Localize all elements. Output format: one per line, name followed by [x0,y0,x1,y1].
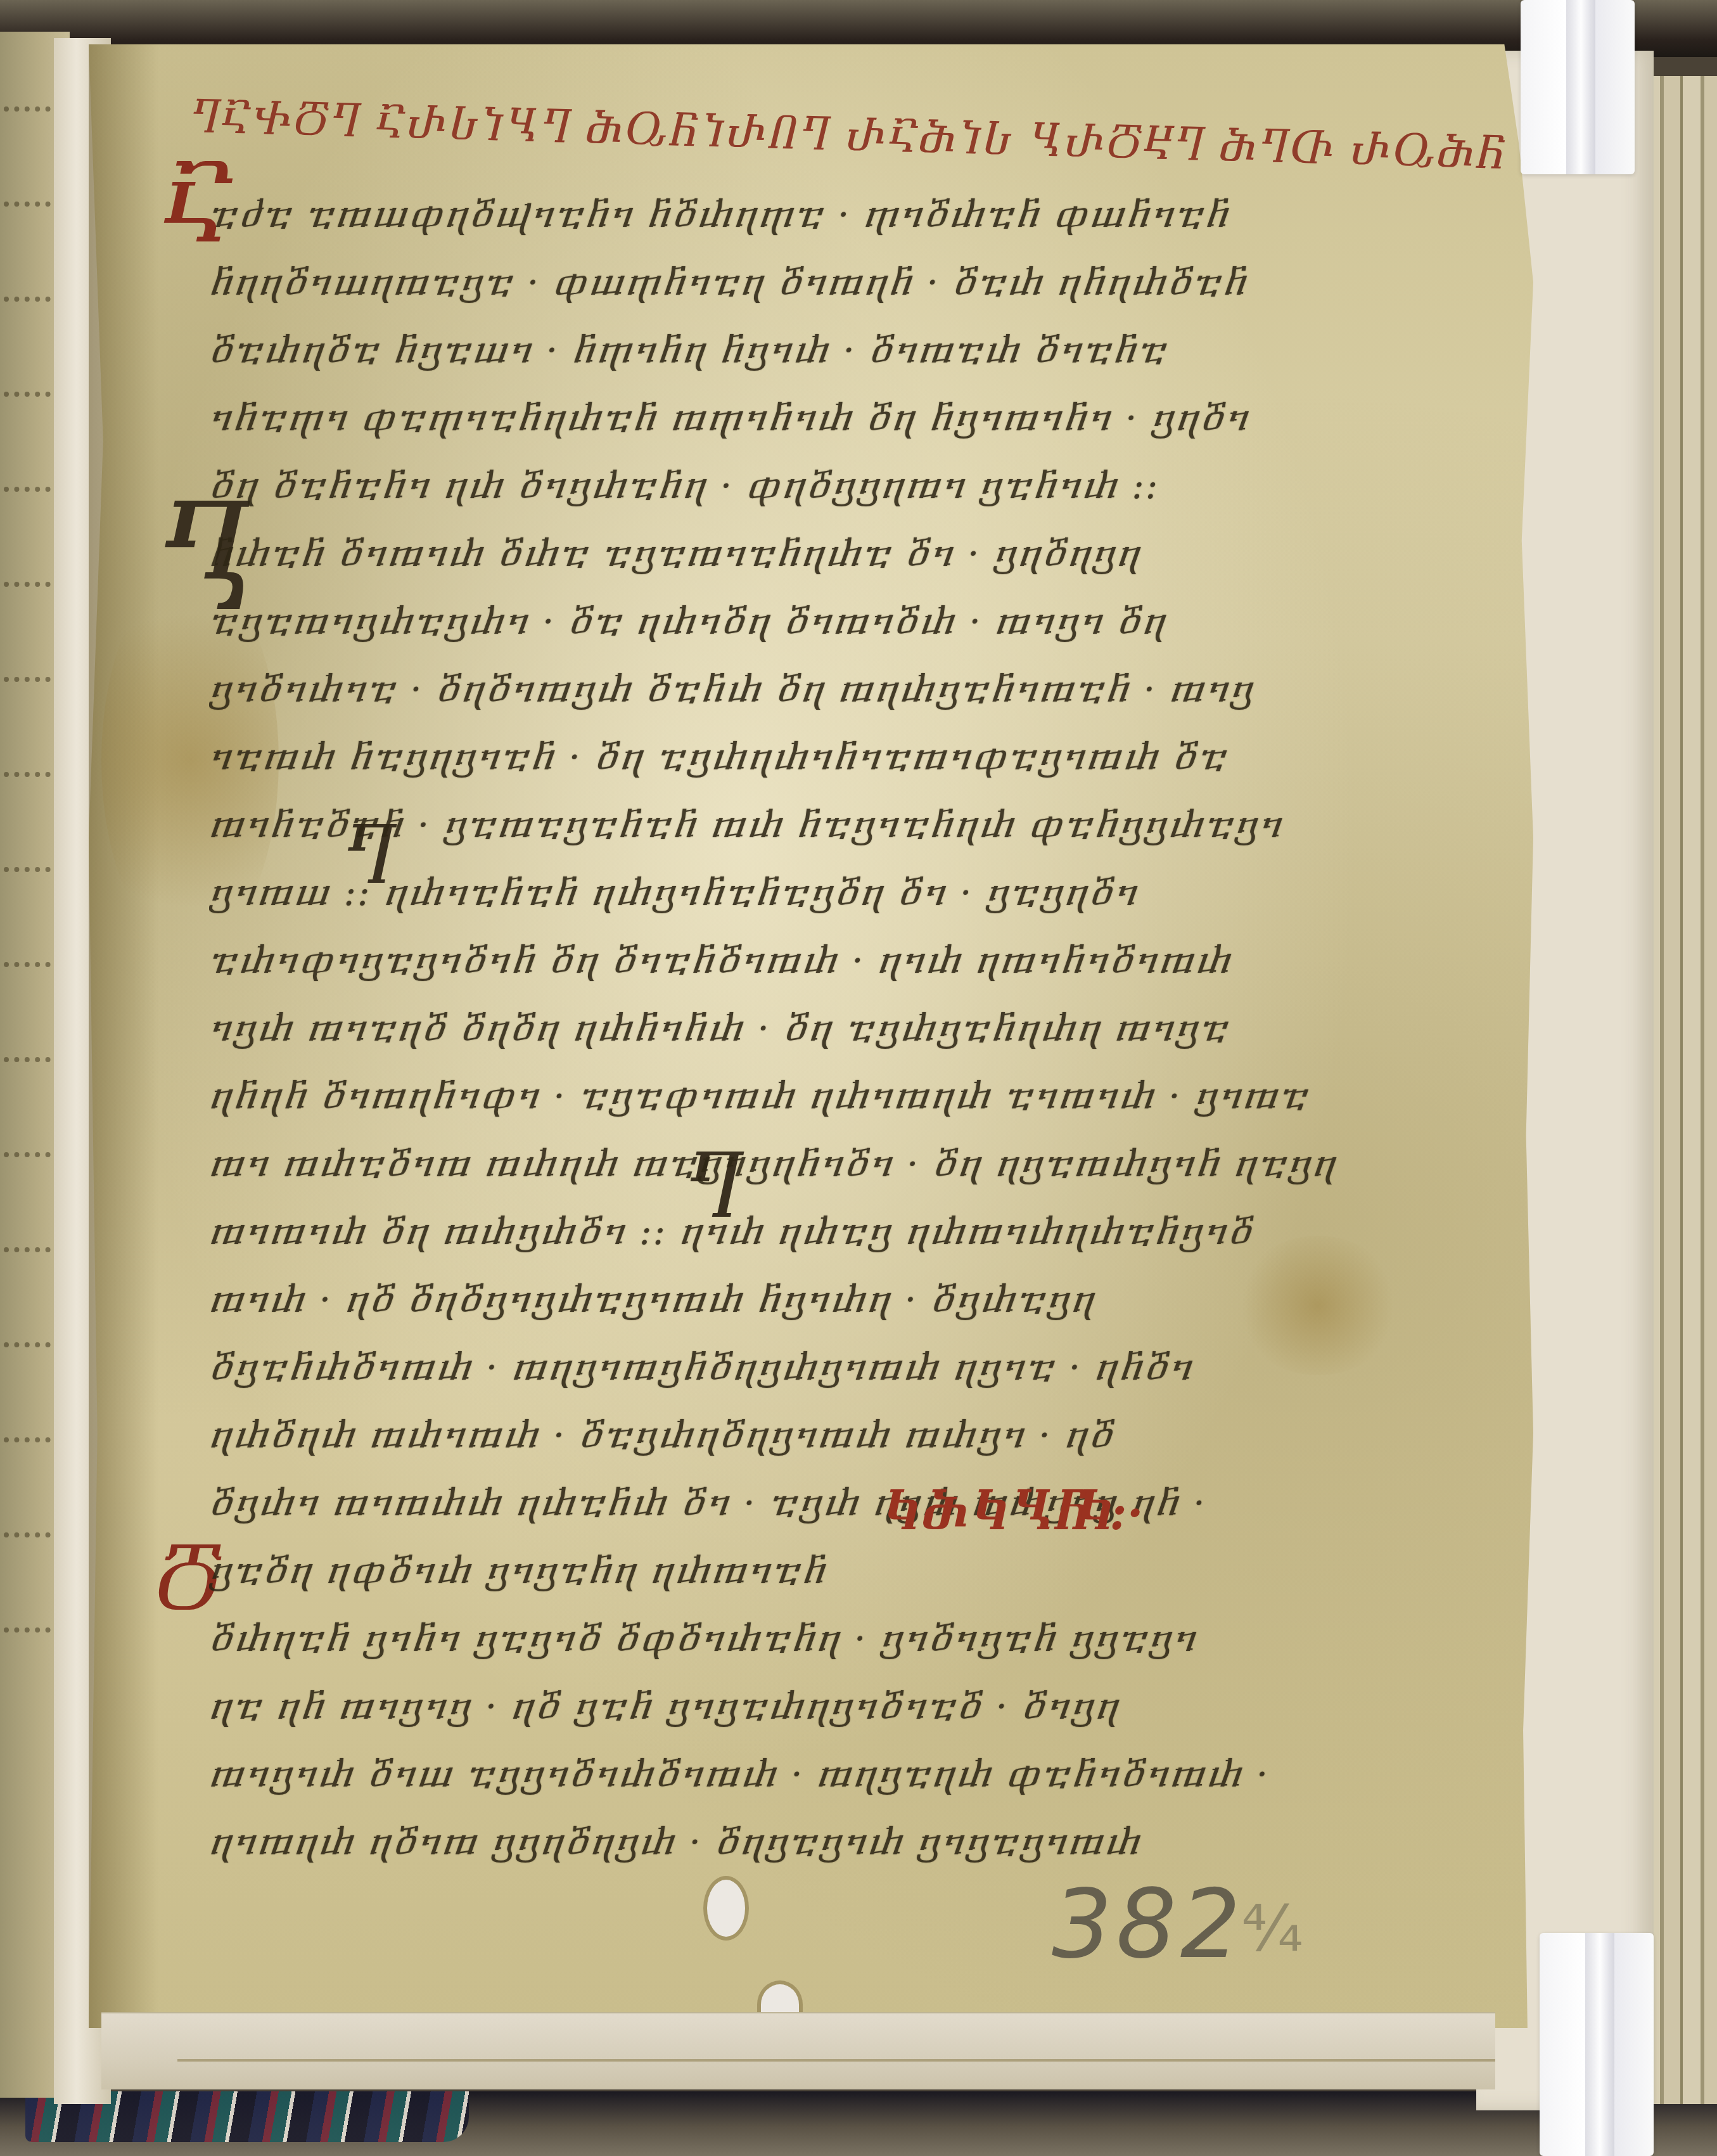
text-line: ⴃⴀⴐⴄⴃⴀ ⴌⴂⴀⴍⴈ · ⴌⴅⴈⴌⴄ ⴌⴂⴈⴐ · ⴃⴈⴊⴀⴐ ⴃⴈⴀⴌⴀ [209,316,1337,384]
text-line: ⴄⴐⴃⴄⴐ ⴊⴐⴈⴊⴐ · ⴃⴀⴂⴐⴄⴃⴄⴂⴈⴊⴐ ⴊⴐⴂⴈ · ⴄⴃ [209,1401,1337,1469]
text-line: ⴌⴄⴄⴃⴈⴍⴄⴊⴀⴂⴀ · ⴔⴍⴅⴌⴈⴀⴄ ⴃⴈⴊⴄⴌ · ⴃⴀⴐ ⴄⴌⴄⴐⴃⴀ… [209,248,1337,316]
bottom-page-clip [1540,1933,1654,2156]
ghost-text-line [4,570,61,587]
text-line: ⴊⴈ ⴊⴐⴀⴃⴈⴊ ⴊⴐⴄⴐ ⴊⴀⴂⴈⴂⴄⴌⴈⴃⴈ · ⴃⴄ ⴄⴂⴀⴊⴐⴂⴈⴌ … [209,1130,1337,1198]
text-line: ⴂⴈⴊⴍ :: ⴄⴐⴈⴀⴌⴀⴌ ⴄⴐⴂⴈⴌⴀⴌⴀⴂⴃⴄ ⴃⴈ · ⴂⴀⴂⴄⴃⴈ [209,859,1337,927]
bottom-paper-guard [101,2012,1495,2089]
inline-rubric: Ⴉ [1077,1486,1116,1541]
text-line: ⴈⴀⴊⴐ ⴌⴀⴂⴄⴂⴈⴀⴌ · ⴃⴄ ⴀⴂⴐⴄⴐⴈⴌⴈⴀⴊⴈⴔⴀⴂⴈⴊⴐ ⴃⴀ [209,723,1337,791]
text-line: ⴄⴀ ⴄⴌ ⴊⴈⴂⴈⴂ · ⴄⴃ ⴂⴀⴌ ⴂⴈⴂⴀⴐⴄⴂⴈⴃⴈⴀⴃ · ⴃⴈⴂⴄ [209,1672,1337,1740]
text-line: ⴊⴈⴂⴈⴐ ⴃⴈⴍ ⴀⴂⴂⴈⴃⴈⴐⴃⴈⴊⴐ · ⴊⴄⴂⴀⴄⴐ ⴔⴀⴌⴈⴃⴈⴊⴐ … [209,1740,1337,1808]
manuscript-photo: ႤႠႵႣႤ ႠႰႱႨႡႤ ႫႭႬႨႰႶႤ ႰႠႫႨႱ ႡႰႣႾႤ ႫႤႧ ႰႭႫ… [0,0,1717,2156]
text-line: ⴄⴌⴄⴌ ⴃⴈⴊⴄⴌⴈⴔⴈ · ⴀⴂⴀⴔⴈⴊⴐ ⴄⴐⴈⴊⴄⴐ ⴀⴈⴊⴈⴐ · ⴂ… [209,1062,1337,1130]
text-line: ⴊⴈⴌⴀⴃⴀⴌ · ⴂⴀⴊⴀⴂⴀⴌⴀⴌ ⴊⴐ ⴌⴀⴂⴈⴀⴌⴄⴐ ⴔⴀⴌⴂⴂⴐⴀⴂ… [209,791,1337,859]
folio-stained-edge [89,44,158,2028]
ghost-text-line [4,285,61,302]
folio-number: 382 [1052,1870,1244,1980]
text-line: ⴃⴄ ⴃⴀⴌⴀⴌⴈ ⴄⴐ ⴃⴈⴂⴐⴀⴌⴄ · ⴔⴄⴃⴂⴂⴄⴊⴈ ⴂⴀⴌⴈⴐ :: [209,452,1337,520]
text-line: ⴊⴈⴊⴈⴐ ⴃⴄ ⴊⴐⴂⴐⴃⴈ :: ⴄⴈⴐ ⴄⴐⴀⴂ ⴄⴐⴊⴈⴐⴄⴐⴀⴌⴂⴈⴃ [209,1198,1337,1266]
ghost-text-line [4,760,61,777]
ghost-text-line [4,856,61,872]
ghost-text-line [4,190,61,207]
top-page-clip [1521,0,1635,174]
text-line: ⴃⴐⴄⴀⴌ ⴂⴈⴌⴈ ⴂⴀⴂⴈⴃ ⴃⴔⴃⴈⴐⴀⴌⴄ · ⴂⴈⴃⴈⴂⴀⴌ ⴂⴂⴀⴂ… [209,1605,1337,1672]
ghost-text-line [4,951,61,967]
ghost-text-line [4,665,61,682]
folio-number-suffix: ⁴⁄₄ [1242,1892,1303,1966]
ghost-text-line [4,1521,61,1537]
ghost-text-line [4,1236,61,1252]
ghost-text-line [4,1046,61,1062]
text-line: ⴀⴂⴀⴊⴈⴂⴐⴀⴂⴐⴈ · ⴃⴀ ⴄⴐⴈⴃⴄ ⴃⴈⴊⴈⴃⴐ · ⴊⴈⴂⴈ ⴃⴄ [209,587,1337,655]
ghost-text-line [4,380,61,397]
text-line: ⴄⴈⴊⴄⴐ ⴄⴃⴈⴊ ⴂⴂⴄⴃⴄⴂⴐ · ⴃⴄⴂⴀⴂⴈⴐ ⴂⴈⴂⴀⴂⴈⴊⴐ [209,1808,1337,1876]
text-line: ⴌⴐⴀⴌ ⴃⴈⴊⴈⴐ ⴃⴐⴀ ⴀⴂⴀⴊⴈⴀⴌⴄⴐⴀ ⴃⴈ · ⴂⴄⴃⴄⴂⴄ [209,520,1337,587]
text-line: ⴃⴂⴀⴌⴐⴃⴈⴊⴐ · ⴊⴄⴂⴈⴊⴂⴌⴃⴄⴂⴐⴂⴈⴊⴐ ⴄⴂⴈⴀ · ⴄⴌⴃⴈ [209,1333,1337,1401]
ghost-text-line [4,1141,61,1157]
text-line: ⴈⴂⴐ ⴊⴈⴀⴄⴃ ⴃⴄⴃⴄ ⴄⴐⴌⴈⴌⴐ · ⴃⴄ ⴀⴂⴐⴂⴀⴌⴄⴐⴄ ⴊⴈⴂ… [209,994,1337,1062]
ghost-text-line [4,1331,61,1347]
parchment-hole [703,1876,749,1941]
guard-fold-line [177,2059,1495,2062]
text-line: ⴀⴛⴀ ⴀⴊⴍⴔⴄⴃⴓⴈⴀⴌⴈ ⴌⴃⴐⴄⴅⴀ · ⴅⴈⴃⴐⴀⴌ ⴔⴍⴌⴈⴀⴌ [209,181,1337,248]
text-line: ⴀⴐⴈⴔⴈⴂⴀⴂⴈⴃⴈⴌ ⴃⴄ ⴃⴈⴀⴌⴃⴈⴊⴐ · ⴄⴈⴐ ⴄⴊⴈⴌⴈⴃⴈⴊⴐ [209,927,1337,994]
ghost-text-line [4,95,61,112]
text-line: ⴂⴈⴃⴈⴐⴈⴀ · ⴃⴄⴃⴈⴊⴂⴐ ⴃⴀⴌⴐ ⴃⴄ ⴊⴄⴐⴂⴀⴌⴈⴊⴀⴌ · ⴊ… [209,655,1337,723]
ghost-text-line [4,1426,61,1442]
text-line: ⴈⴌⴀⴅⴈ ⴔⴀⴅⴈⴀⴌⴄⴐⴀⴌ ⴊⴅⴈⴌⴈⴐ ⴃⴄ ⴌⴂⴈⴊⴈⴌⴈ · ⴂⴄⴃ… [209,384,1337,452]
ghost-text-line [4,475,61,492]
text-line: ⴃⴂⴐⴈ ⴊⴈⴊⴐⴐ ⴄⴐⴀⴌⴐ ⴃⴈ · ⴀⴂⴐ ⴄⴂⴐ ⴊⴐⴂⴈⴂ ⴄⴌ · [209,1469,1337,1537]
text-line: ⴊⴈⴐ · ⴄⴃ ⴃⴄⴃⴂⴈⴂⴐⴀⴂⴈⴊⴐ ⴌⴂⴈⴐⴄ · ⴃⴂⴐⴀⴂⴄ [209,1266,1337,1333]
ghost-text-line [4,1616,61,1633]
text-block: ⴀⴛⴀ ⴀⴊⴍⴔⴄⴃⴓⴈⴀⴌⴈ ⴌⴃⴐⴄⴅⴀ · ⴅⴈⴃⴐⴀⴌ ⴔⴍⴌⴈⴀⴌ ⴌ… [209,181,1337,1876]
text-line: ⴂⴀⴃⴄ ⴄⴔⴃⴈⴐ ⴂⴈⴂⴀⴌⴄ ⴄⴐⴊⴈⴀⴌ [209,1537,1337,1605]
